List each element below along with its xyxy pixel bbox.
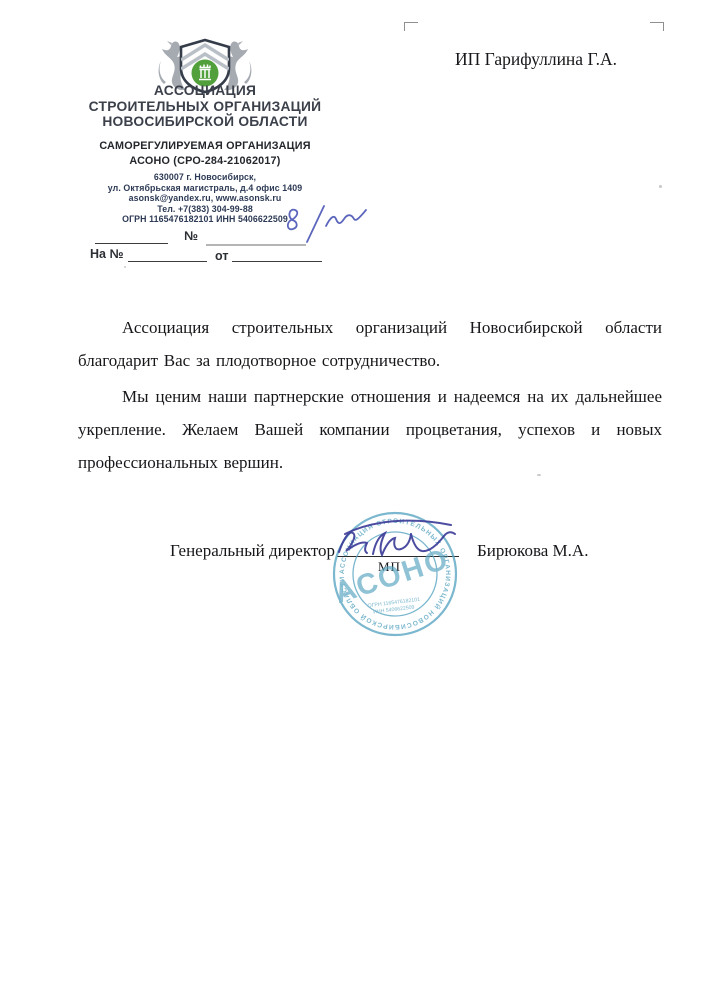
signer-title: Генеральный директор — [170, 541, 335, 561]
reply-date-blank — [232, 247, 322, 262]
letter-page: { "letterhead": { "org_lines": ["АССОЦИА… — [0, 0, 708, 1000]
paragraph-thanks: Ассоциация строительных организаций Ново… — [78, 311, 662, 377]
scan-speck — [537, 474, 541, 476]
number-sign-label: № — [184, 229, 198, 243]
address-line: ул. Октябрьская магистраль, д.4 офис 140… — [55, 183, 355, 194]
signer-name: Бирюкова М.А. — [477, 541, 588, 561]
signature-ink-icon — [327, 512, 462, 560]
sro-designation: САМОРЕГУЛИРУЕМАЯ ОРГАНИЗАЦИЯ АСОНО (СРО-… — [55, 139, 355, 169]
reply-number-blank — [128, 247, 207, 262]
sro-line: САМОРЕГУЛИРУЕМАЯ ОРГАНИЗАЦИЯ — [55, 139, 355, 154]
scan-speck — [659, 185, 662, 188]
sro-line: АСОНО (СРО-284-21062017) — [55, 154, 355, 169]
org-name-line: НОВОСИБИРСКОЙ ОБЛАСТИ — [55, 114, 355, 130]
org-name-line: СТРОИТЕЛЬНЫХ ОРГАНИЗАЦИЙ — [55, 99, 355, 115]
reply-date-label: от — [215, 249, 228, 263]
reply-to-number-label: На № — [90, 247, 123, 261]
org-name: АССОЦИАЦИЯ СТРОИТЕЛЬНЫХ ОРГАНИЗАЦИЙ НОВО… — [55, 83, 355, 130]
address-field-corner-left — [404, 22, 418, 31]
handwriting-ink-icon — [272, 196, 367, 248]
org-name-line: АССОЦИАЦИЯ — [55, 83, 355, 99]
handwritten-signature — [327, 512, 462, 560]
address-field-corner-right — [650, 22, 664, 31]
outgoing-date-blank — [95, 229, 168, 244]
recipient: ИП Гарифуллина Г.А. — [455, 49, 617, 70]
scan-speck — [124, 266, 126, 268]
letter-body: Ассоциация строительных организаций Ново… — [78, 311, 662, 479]
address-line: 630007 г. Новосибирск, — [55, 172, 355, 183]
handwritten-number — [272, 196, 367, 248]
column-icon — [199, 65, 211, 80]
paragraph-wishes: Мы ценим наши партнерские отношения и на… — [78, 380, 662, 479]
